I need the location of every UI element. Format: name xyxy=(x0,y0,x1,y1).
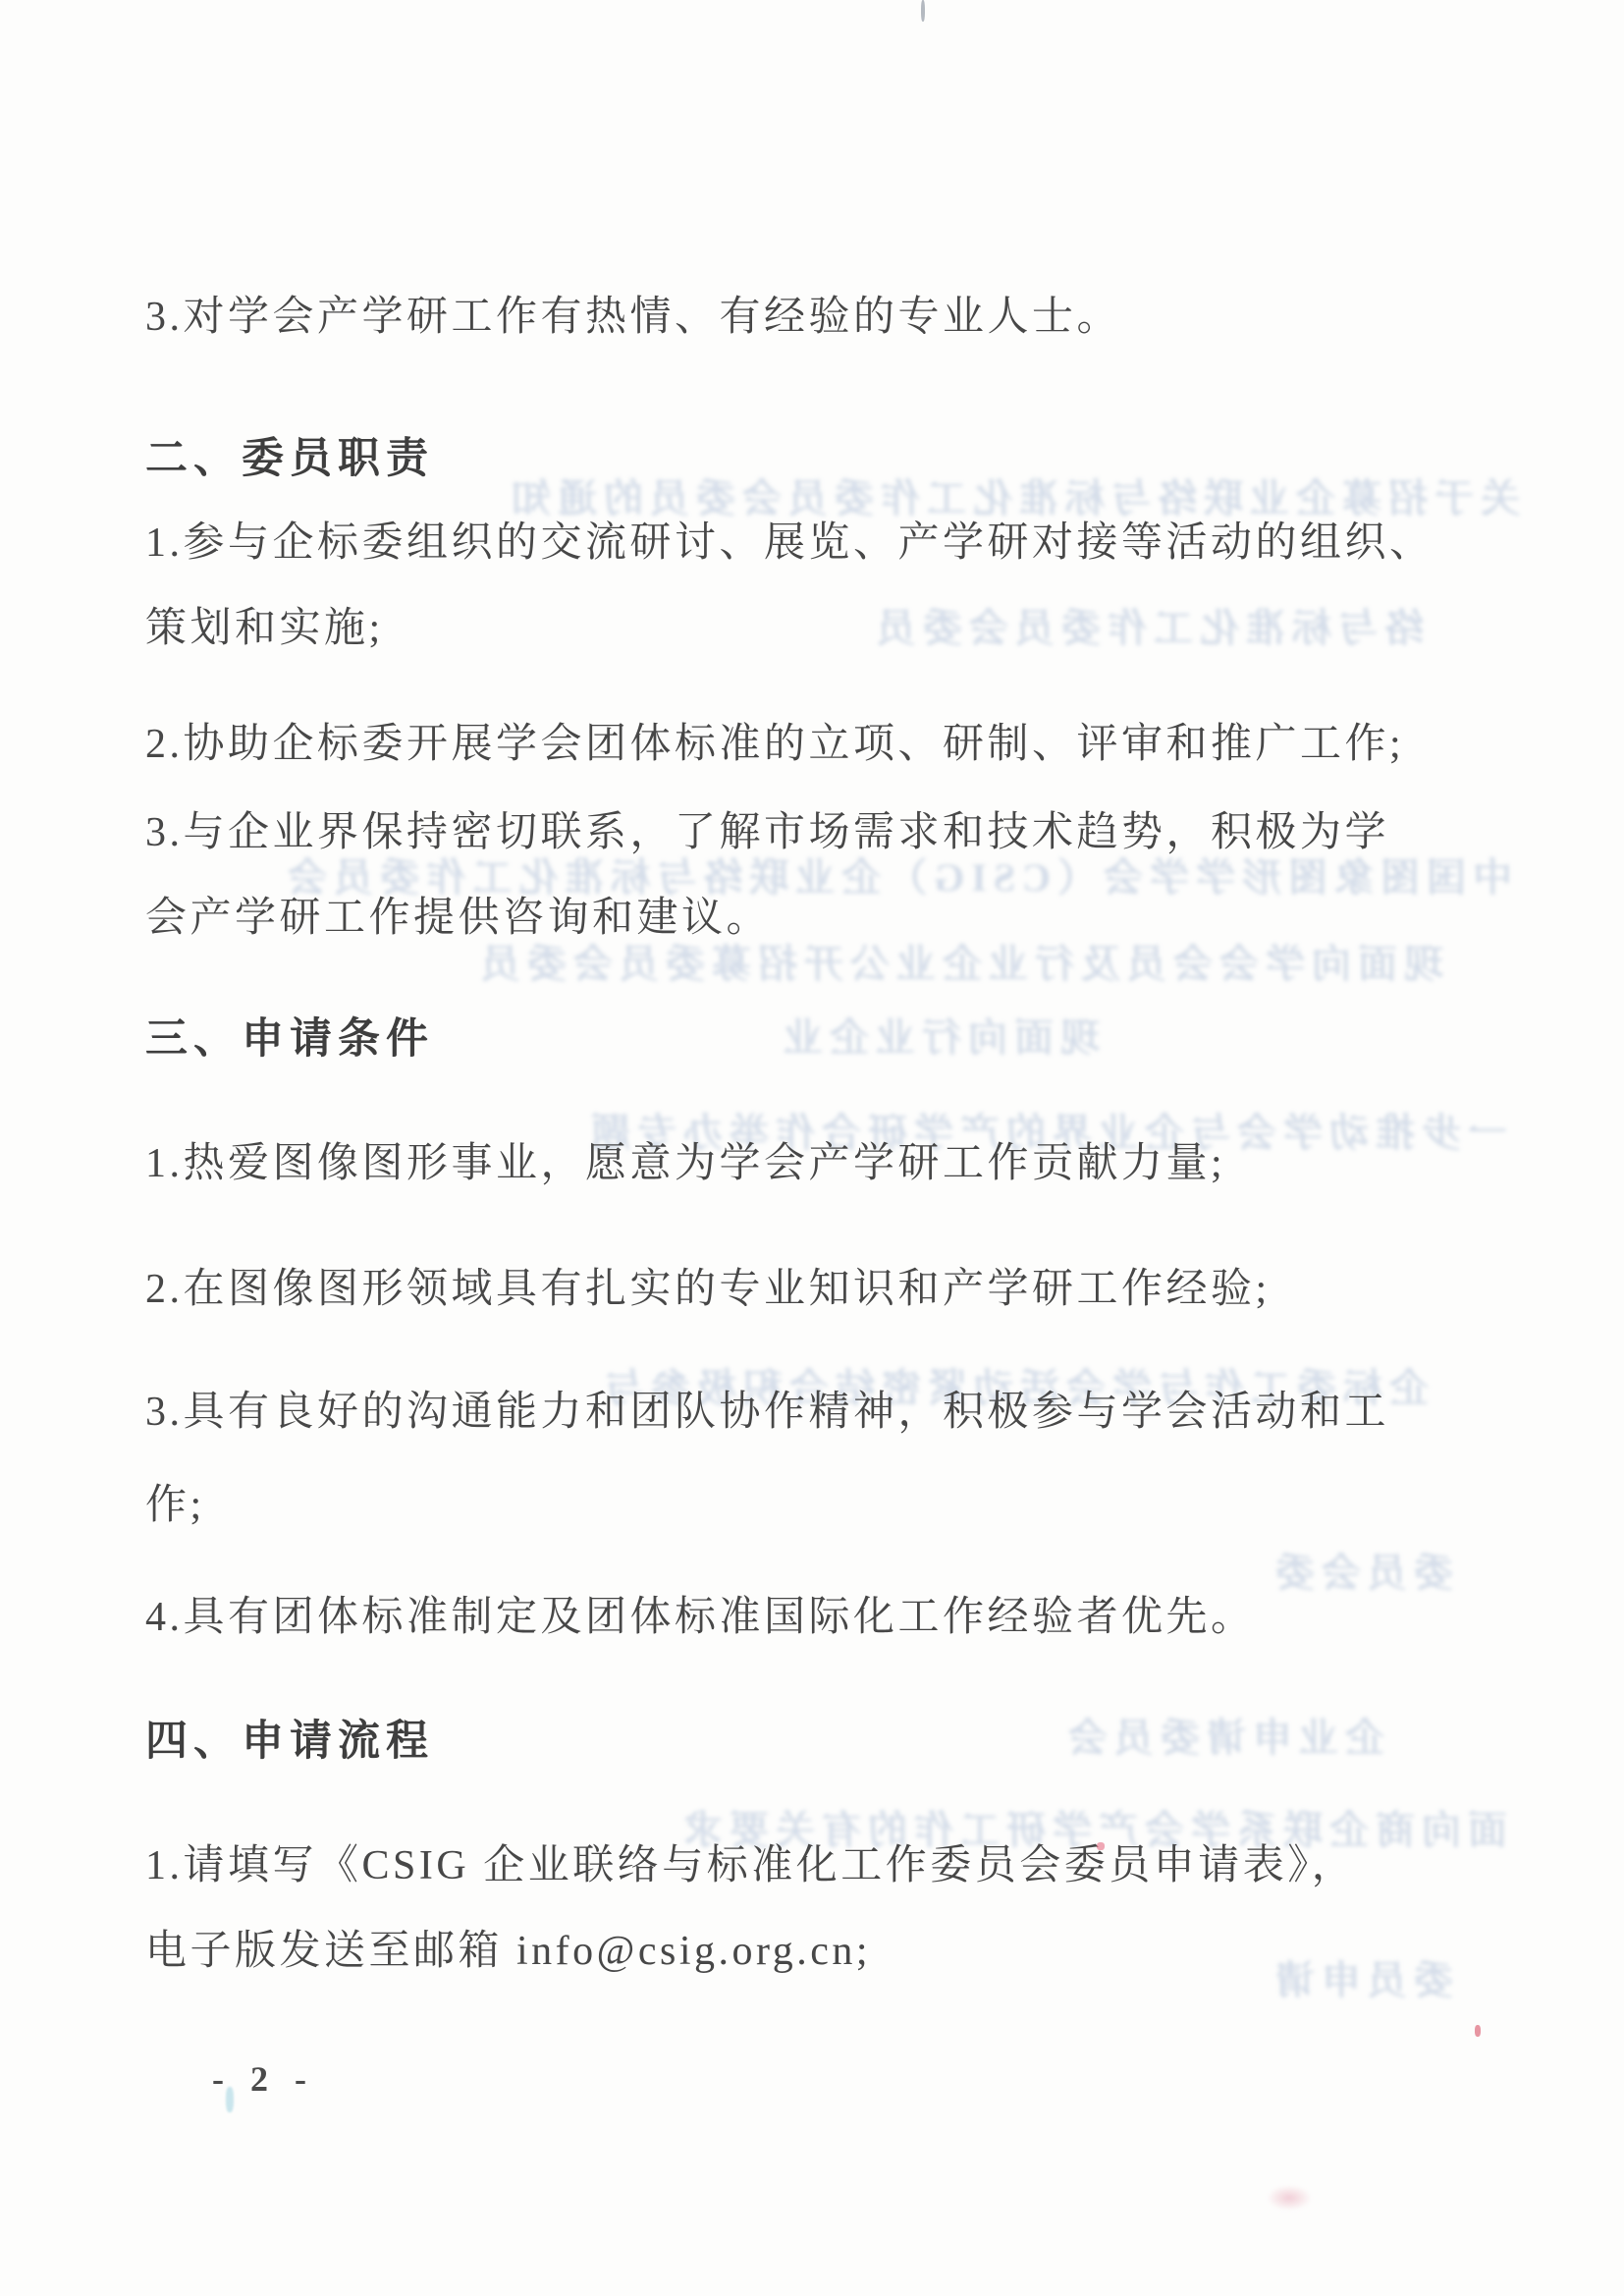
document-line: 4.具有团体标准制定及团体标准国际化工作经验者优先。 xyxy=(145,1588,1487,1647)
document-line: 3.具有良好的沟通能力和团队协作精神，积极参与学会活动和工 xyxy=(145,1383,1487,1442)
document-line: 会产学研工作提供咨询和建议。 xyxy=(145,889,1487,948)
document-line: 3.对学会产学研工作有热情、有经验的专业人士。 xyxy=(145,288,1487,347)
section-heading: 三、申请条件 xyxy=(145,1010,1487,1068)
section-heading: 二、委员职责 xyxy=(145,429,1487,488)
document-line: 3.与企业界保持密切联系，了解市场需求和技术趋势，积极为学 xyxy=(145,803,1487,862)
section-heading: 四、申请流程 xyxy=(145,1712,1487,1771)
document-line: 电子版发送至邮箱 info@csig.org.cn; xyxy=(145,1922,1487,1981)
scanned-document-page: 关于招募企业联络与标准化工作委员会委员的通知络与标准化工作委员会委员中国图象图形… xyxy=(0,0,1624,2296)
document-line: 2.在图像图形领域具有扎实的专业知识和产学研工作经验; xyxy=(145,1260,1487,1319)
document-content: 3.对学会产学研工作有热情、有经验的专业人士。二、委员职责1.参与企标委组织的交… xyxy=(145,288,1487,1981)
document-line: 1.参与企标委组织的交流研讨、展览、产学研对接等活动的组织、 xyxy=(145,514,1487,573)
document-line: 1.热爱图像图形事业，愿意为学会产学研工作贡献力量; xyxy=(145,1134,1487,1193)
document-line: 作; xyxy=(145,1476,1487,1535)
document-line: 1.请填写《CSIG 企业联络与标准化工作委员会委员申请表》， xyxy=(145,1836,1487,1895)
page-number: - 2 - xyxy=(212,2058,315,2100)
document-line: 2.协助企标委开展学会团体标准的立项、研制、评审和推广工作; xyxy=(145,715,1487,774)
document-line: 策划和实施; xyxy=(145,599,1487,658)
